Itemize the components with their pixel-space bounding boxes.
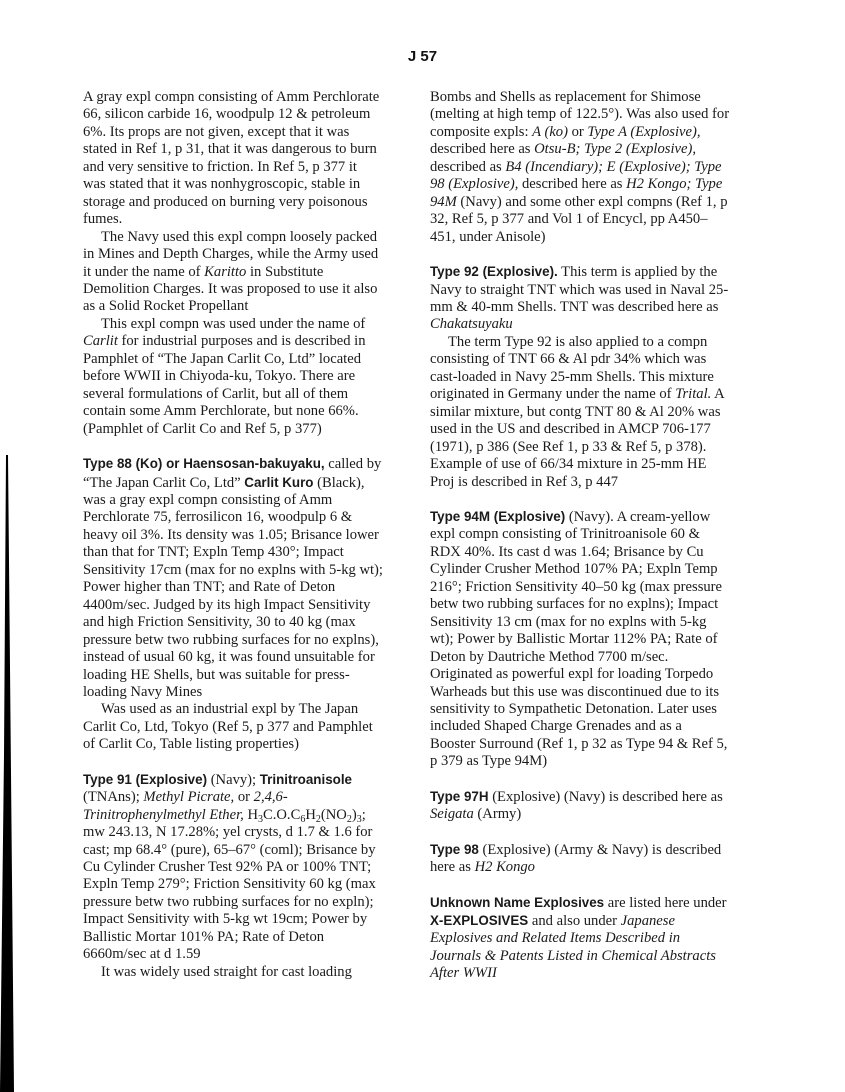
paragraph-carlit-industrial: This expl compn was used under the name … [83, 316, 383, 438]
left-column: A gray expl compn consisting of Amm Perc… [83, 89, 383, 981]
paragraph-type-91-use: It was widely used straight for cast loa… [83, 964, 383, 981]
page-number: J 57 [0, 48, 845, 65]
entry-type-92: Type 92 (Explosive). This term is applie… [430, 263, 730, 334]
entry-heading: Unknown Name Explosives [430, 895, 604, 910]
paragraph-navy-use: The Navy used this expl compn loosely pa… [83, 229, 383, 316]
entry-heading: Type 98 [430, 842, 479, 857]
entry-heading: Type 92 (Explosive). [430, 264, 558, 279]
scan-edge-bar [0, 455, 16, 1092]
entry-heading: Type 97H [430, 789, 489, 804]
entry-type-98: Type 98 (Explosive) (Army & Navy) is des… [430, 841, 730, 877]
paragraph-type-92-compn: The term Type 92 is also applied to a co… [430, 334, 730, 491]
right-column: Bombs and Shells as replacement for Shim… [430, 89, 730, 983]
entry-heading: Type 88 (Ko) or Haensosan-bakuyaku, [83, 456, 325, 471]
entry-type-91: Type 91 (Explosive) (Navy); Trinitroanis… [83, 771, 383, 964]
entry-unknown-name-explosives: Unknown Name Explosives are listed here … [430, 894, 730, 983]
paragraph-type-91-continued: Bombs and Shells as replacement for Shim… [430, 89, 730, 246]
entry-type-94m: Type 94M (Explosive) (Navy). A cream-yel… [430, 508, 730, 771]
document-page: J 57 A gray expl compn consisting of Amm… [0, 0, 845, 1092]
paragraph-type-88-industrial: Was used as an industrial expl by The Ja… [83, 701, 383, 753]
entry-type-97h: Type 97H (Explosive) (Navy) is described… [430, 788, 730, 824]
paragraph-carlit-intro: A gray expl compn consisting of Amm Perc… [83, 89, 383, 229]
entry-type-88: Type 88 (Ko) or Haensosan-bakuyaku, call… [83, 455, 383, 701]
chemical-formula: H3C.O.C6H2(NO2)3 [244, 807, 362, 823]
entry-heading: Type 91 (Explosive) [83, 772, 207, 787]
entry-heading: Type 94M (Explosive) [430, 509, 565, 524]
